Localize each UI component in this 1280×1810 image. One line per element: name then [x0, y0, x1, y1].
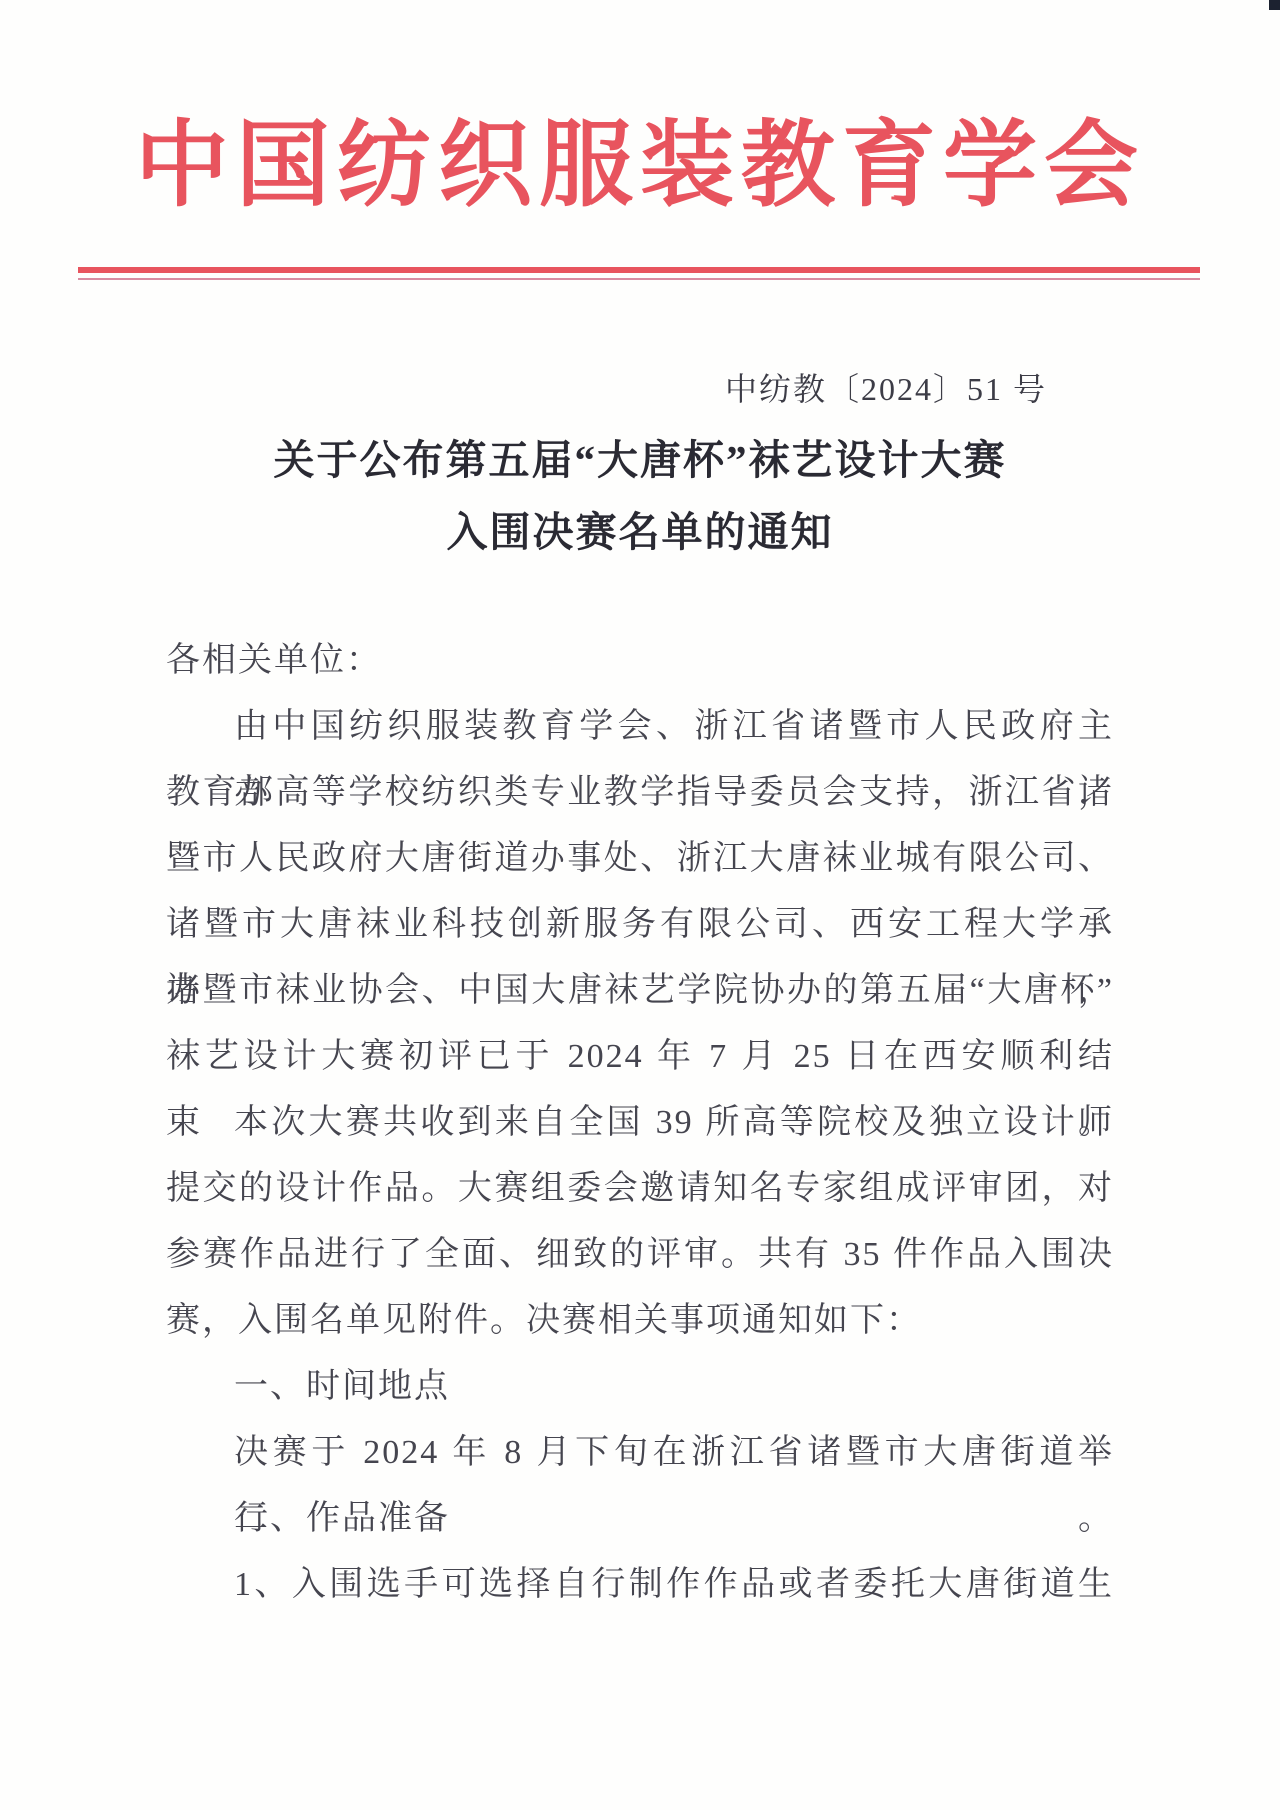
scan-corner-artifact	[1269, 0, 1280, 10]
document-body: 各相关单位：由中国纺织服装教育学会、浙江省诸暨市人民政府主办，教育部高等学校纺织…	[166, 628, 1114, 1618]
letterhead-rule-thick	[78, 267, 1200, 273]
body-line: 由中国纺织服装教育学会、浙江省诸暨市人民政府主办，	[166, 694, 1114, 760]
body-line: 袜艺设计大赛初评已于 2024 年 7 月 25 日在西安顺利结束。	[166, 1024, 1114, 1090]
body-line: 赛，入围名单见附件。决赛相关事项通知如下：	[166, 1288, 1114, 1354]
body-line: 教育部高等学校纺织类专业教学指导委员会支持，浙江省诸	[166, 760, 1114, 826]
document-reference-number: 中纺教〔2024〕51 号	[0, 364, 1047, 410]
body-line: 参赛作品进行了全面、细致的评审。共有 35 件作品入围决	[166, 1222, 1114, 1288]
notice-title-line2: 入围决赛名单的通知	[0, 496, 1280, 568]
notice-title: 关于公布第五届“大唐杯”袜艺设计大赛 入围决赛名单的通知	[0, 424, 1280, 568]
body-line: 各相关单位：	[166, 628, 1114, 694]
body-line: 暨市人民政府大唐街道办事处、浙江大唐袜业城有限公司、	[166, 826, 1114, 892]
body-line: 决赛于 2024 年 8 月下旬在浙江省诸暨市大唐街道举行。	[166, 1420, 1114, 1486]
body-line: 诸暨市袜业协会、中国大唐袜艺学院协办的第五届“大唐杯”	[166, 958, 1114, 1024]
body-line: 提交的设计作品。大赛组委会邀请知名专家组成评审团，对	[166, 1156, 1114, 1222]
letterhead-rule-thin	[78, 278, 1200, 280]
document-page: 中国纺织服装教育学会 中纺教〔2024〕51 号 关于公布第五届“大唐杯”袜艺设…	[0, 0, 1280, 1810]
letterhead-org-title: 中国纺织服装教育学会	[0, 96, 1280, 236]
body-line: 诸暨市大唐袜业科技创新服务有限公司、西安工程大学承办，	[166, 892, 1114, 958]
body-line: 1、入围选手可选择自行制作作品或者委托大唐街道生	[166, 1552, 1114, 1618]
body-line: 一、时间地点	[166, 1354, 1114, 1420]
body-line: 本次大赛共收到来自全国 39 所高等院校及独立设计师	[166, 1090, 1114, 1156]
notice-title-line1: 关于公布第五届“大唐杯”袜艺设计大赛	[0, 424, 1280, 496]
